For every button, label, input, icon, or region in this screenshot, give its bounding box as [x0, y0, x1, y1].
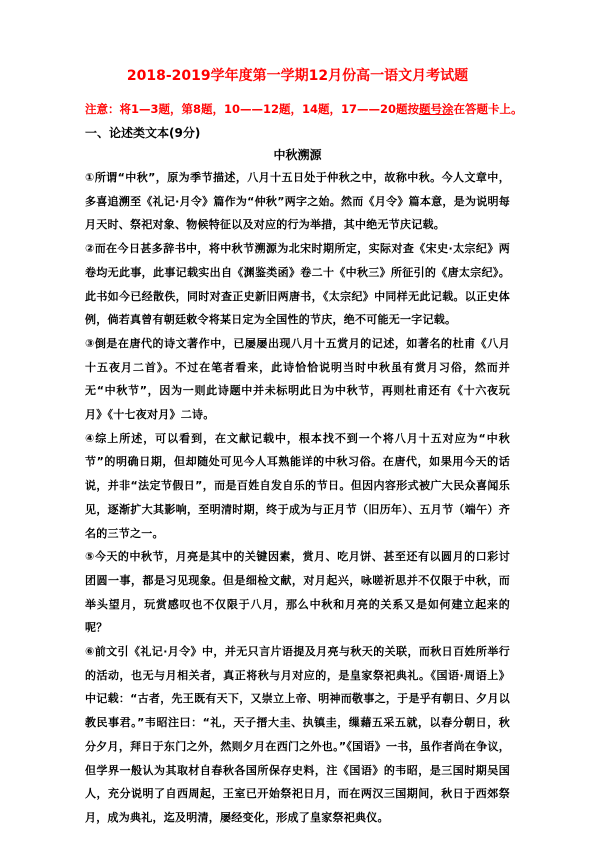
notice-underlined-text: 题号涂 [419, 102, 454, 116]
exam-paper-page: 2018-2019学年度第一学期12月份高一语文月考试题 注意：将1—3题，第8… [0, 0, 595, 842]
passage-paragraph-5: ⑤今天的中秋节，月亮是其中的关键因素，赏月、吃月饼、甚至还有以圆月的口彩讨团圆一… [85, 545, 510, 640]
notice-prefix: 注意：将1—3题，第8题，10——12题，14题，17——20题按 [85, 102, 419, 116]
passage-title: 中秋溯源 [85, 148, 510, 163]
notice-suffix: 在答题卡上。 [454, 102, 523, 116]
passage-paragraph-6: ⑥前文引《礼记·月令》中，并无只言片语提及月亮与秋天的关联，而秋日百姓所举行的活… [85, 640, 510, 830]
passage-paragraph-4: ④综上所述，可以看到，在文献记载中，根本找不到一个将八月十五对应为“中秋节”的明… [85, 427, 510, 546]
exam-title: 2018-2019学年度第一学期12月份高一语文月考试题 [85, 68, 510, 85]
passage-paragraph-1: ①所谓“中秋”，原为季节描述，八月十五日处于仲秋之中，故称中秋。今人文章中，多喜… [85, 166, 510, 237]
answer-sheet-notice: 注意：将1—3题，第8题，10——12题，14题，17——20题按题号涂在答题卡… [85, 102, 510, 117]
passage-body: ①所谓“中秋”，原为季节描述，八月十五日处于仲秋之中，故称中秋。今人文章中，多喜… [85, 166, 510, 830]
passage-paragraph-3: ③倒是在唐代的诗文著作中，已屡屡出现八月十五赏月的记述，如著名的杜甫《八月十五夜… [85, 332, 510, 427]
passage-paragraph-2: ②而在今日甚多辞书中，将中秋节溯源为北宋时期所定，实际对查《宋史·太宗纪》两卷均… [85, 237, 510, 332]
section-one-heading: 一、论述类文本(9分) [85, 126, 510, 141]
